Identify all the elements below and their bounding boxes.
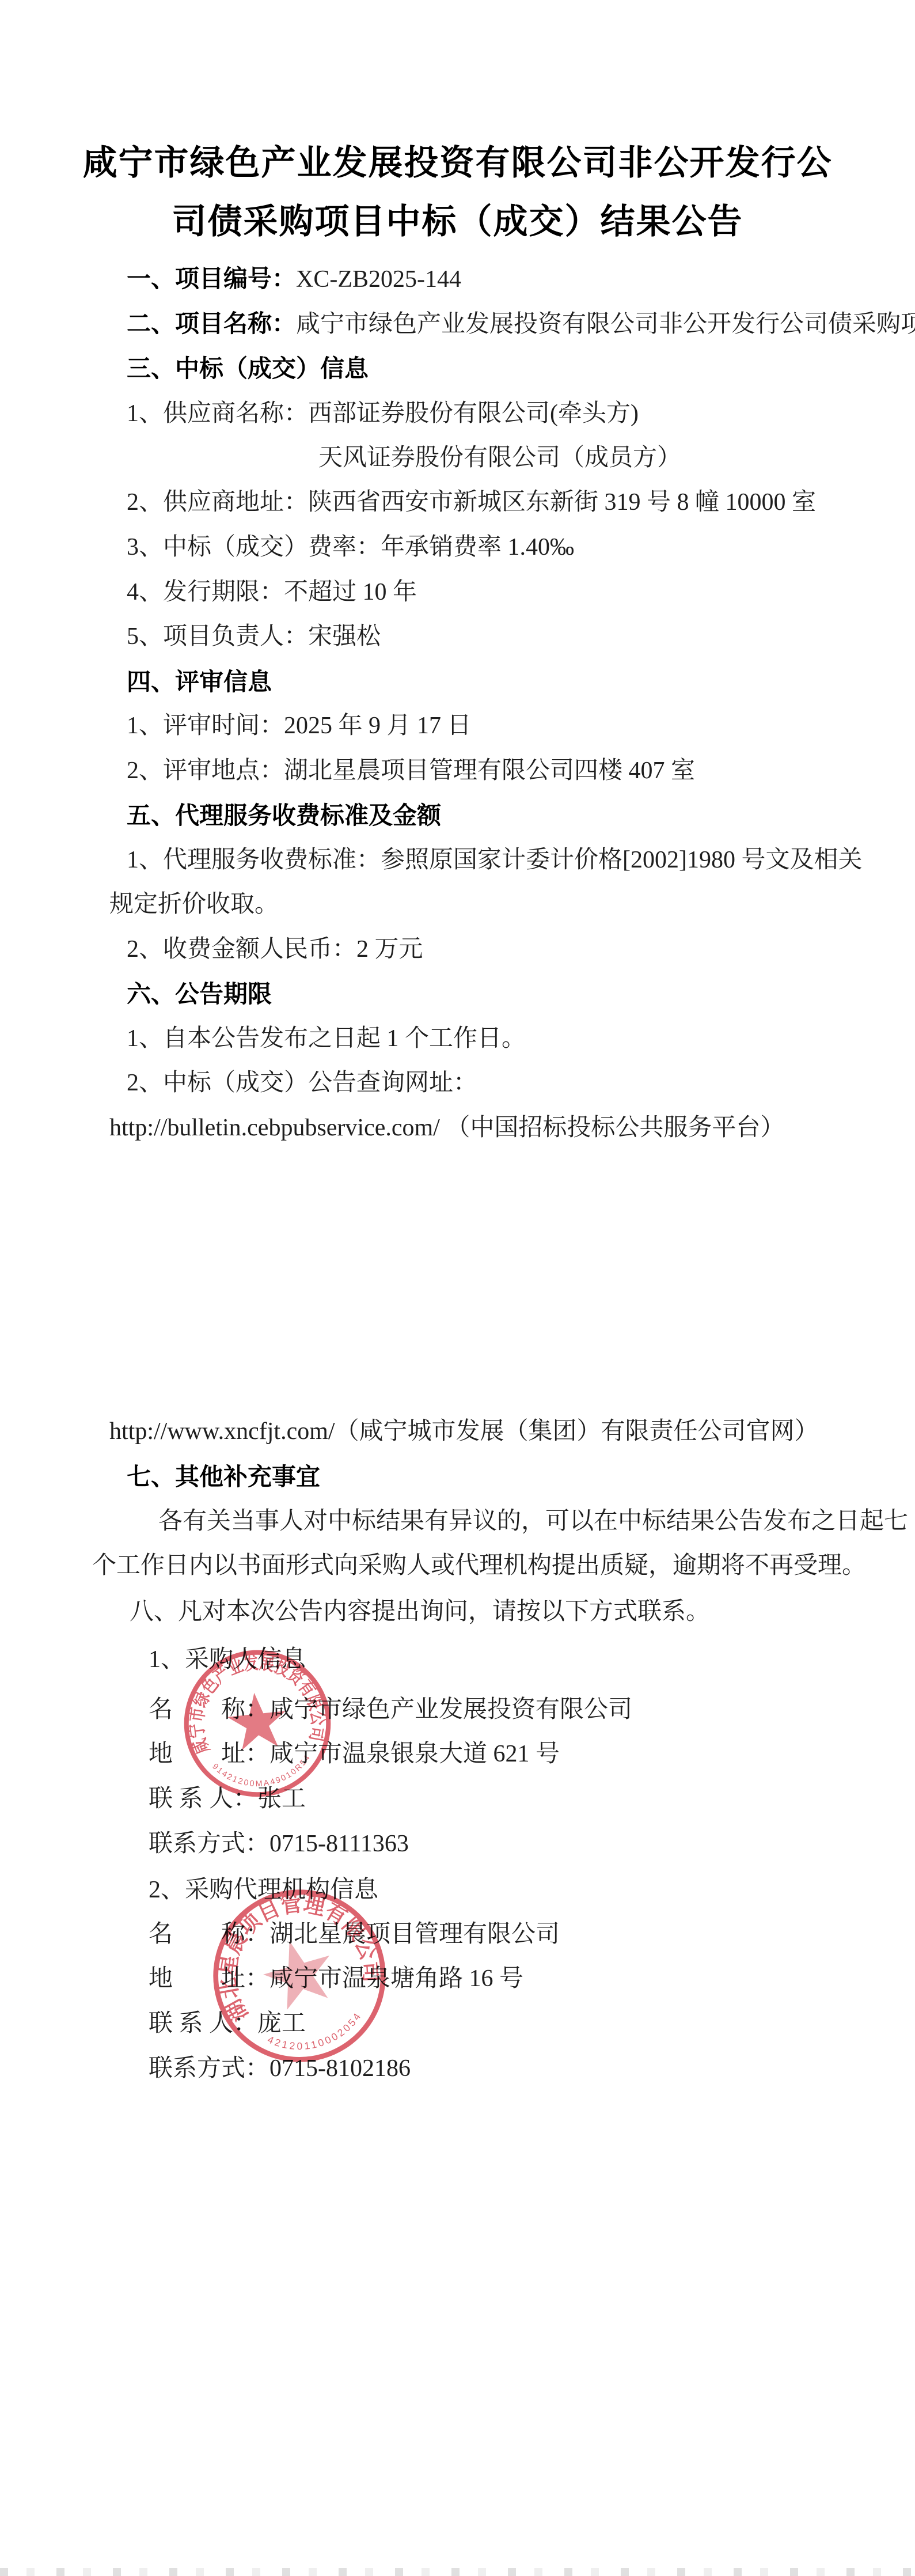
scan-noise-strip — [0, 2568, 915, 2576]
text-line: 六、公告期限 — [127, 980, 272, 1009]
text-line: 2、中标（成交）公告查询网址： — [127, 1070, 477, 1097]
text-segment: http://www.xncfjt.com/（咸宁城市发展（集团）有限责任公司官… — [109, 1418, 819, 1445]
text-segment: 八、凡对本次公告内容提出询问，请按以下方式联系。 — [130, 1598, 710, 1625]
text-segment: 1、供应商名称：西部证券股份有限公司(牵头方) — [127, 400, 639, 427]
text-line: 2、评审地点：湖北星晨项目管理有限公司四楼 407 室 — [127, 757, 695, 785]
label-segment: 二、项目名称： — [127, 310, 296, 337]
label-segment: 六、公告期限 — [127, 980, 272, 1007]
document-page: 咸宁市绿色产业发展投资有限公司非公开发行公 司债采购项目中标（成交）结果公告 一… — [0, 0, 915, 2576]
label-segment: 七、其他补充事宜 — [127, 1463, 320, 1490]
text-segment: http://bulletin.cebpubservice.com/ （中国招标… — [109, 1115, 784, 1141]
text-segment: 个工作日内以书面形式向采购人或代理机构提出质疑，逾期将不再受理。 — [92, 1552, 866, 1579]
text-segment: 2、收费金额人民币：2 万元 — [127, 936, 423, 963]
text-line: 5、项目负责人：宋强松 — [127, 623, 381, 650]
label-segment: 一、项目编号： — [127, 265, 296, 292]
text-segment: 1、评审时间：2025 年 9 月 17 日 — [127, 713, 472, 739]
text-line: 1、代理服务收费标准：参照原国家计委计价格[2002]1980 号文及相关 — [127, 847, 862, 874]
text-line: 个工作日内以书面形式向采购人或代理机构提出质疑，逾期将不再受理。 — [92, 1552, 866, 1579]
text-segment: 1、自本公告发布之日起 1 个工作日。 — [127, 1025, 526, 1052]
text-segment: 2、供应商地址：陕西省西安市新城区东新街 319 号 8 幢 10000 室 — [127, 489, 816, 516]
document-title-line2: 司债采购项目中标（成交）结果公告 — [0, 203, 915, 241]
stamp-star-icon — [256, 1931, 340, 2013]
stamp-group: 湖北星晨项目管理有限公司 42120110002054 — [210, 1886, 389, 2065]
stamp-group: 咸宁市绿色产业发展投资有限公司 91421200MA49010R54 — [180, 1646, 335, 1801]
text-segment: 天风证券股份有限公司（成员方） — [318, 445, 681, 471]
text-segment: 4、发行期限：不超过 10 年 — [127, 579, 417, 605]
text-line: 1、供应商名称：西部证券股份有限公司(牵头方) — [127, 400, 639, 427]
text-line: http://www.xncfjt.com/（咸宁城市发展（集团）有限责任公司官… — [109, 1418, 819, 1445]
text-line: 联系方式：0715-8111363 — [149, 1831, 409, 1858]
text-line: 各有关当事人对中标结果有异议的，可以在中标结果公告发布之日起七 — [158, 1508, 908, 1535]
text-line: 规定折价收取。 — [109, 891, 279, 918]
text-line: 八、凡对本次公告内容提出询问，请按以下方式联系。 — [130, 1598, 710, 1626]
text-segment: 1、代理服务收费标准：参照原国家计委计价格[2002]1980 号文及相关 — [127, 847, 862, 873]
text-line: 1、自本公告发布之日起 1 个工作日。 — [127, 1025, 526, 1052]
text-line: 一、项目编号：XC-ZB2025-144 — [127, 265, 461, 293]
text-segment: 5、项目负责人：宋强松 — [127, 623, 381, 650]
text-segment: 3、中标（成交）费率：年承销费率 1.40‰ — [127, 534, 574, 560]
agency-company-stamp: 湖北星晨项目管理有限公司 42120110002054 — [210, 1886, 389, 2065]
text-segment: 各有关当事人对中标结果有异议的，可以在中标结果公告发布之日起七 — [158, 1508, 908, 1535]
text-segment: 规定折价收取。 — [109, 891, 279, 918]
text-segment: 2、中标（成交）公告查询网址： — [127, 1070, 477, 1096]
buyer-company-stamp: 咸宁市绿色产业发展投资有限公司 91421200MA49010R54 — [180, 1646, 335, 1801]
text-segment: 联系方式：0715-8111363 — [149, 1831, 409, 1857]
stamp-star-icon — [225, 1689, 290, 1751]
label-segment: 三、中标（成交）信息 — [127, 355, 369, 382]
label-segment: 五、代理服务收费标准及金额 — [127, 802, 441, 829]
text-segment: XC-ZB2025-144 — [296, 266, 461, 293]
text-line: 天风证券股份有限公司（成员方） — [318, 445, 681, 472]
text-line: 二、项目名称：咸宁市绿色产业发展投资有限公司非公开发行公司债采购项目 — [127, 310, 915, 338]
text-line: 四、评审信息 — [127, 668, 272, 696]
text-line: 1、评审时间：2025 年 9 月 17 日 — [127, 713, 472, 740]
text-line: 三、中标（成交）信息 — [127, 355, 369, 383]
text-line: http://bulletin.cebpubservice.com/ （中国招标… — [109, 1115, 784, 1142]
text-line: 七、其他补充事宜 — [127, 1463, 320, 1491]
text-line: 4、发行期限：不超过 10 年 — [127, 579, 417, 606]
text-line: 2、收费金额人民币：2 万元 — [127, 936, 423, 963]
document-title-line1: 咸宁市绿色产业发展投资有限公司非公开发行公 — [0, 144, 915, 182]
text-line: 3、中标（成交）费率：年承销费率 1.40‰ — [127, 534, 574, 561]
text-segment: 2、评审地点：湖北星晨项目管理有限公司四楼 407 室 — [127, 757, 695, 784]
text-line: 2、供应商地址：陕西省西安市新城区东新街 319 号 8 幢 10000 室 — [127, 489, 816, 516]
text-line: 五、代理服务收费标准及金额 — [127, 802, 441, 830]
label-segment: 四、评审信息 — [127, 668, 272, 695]
text-segment: 咸宁市绿色产业发展投资有限公司非公开发行公司债采购项目 — [296, 311, 915, 338]
